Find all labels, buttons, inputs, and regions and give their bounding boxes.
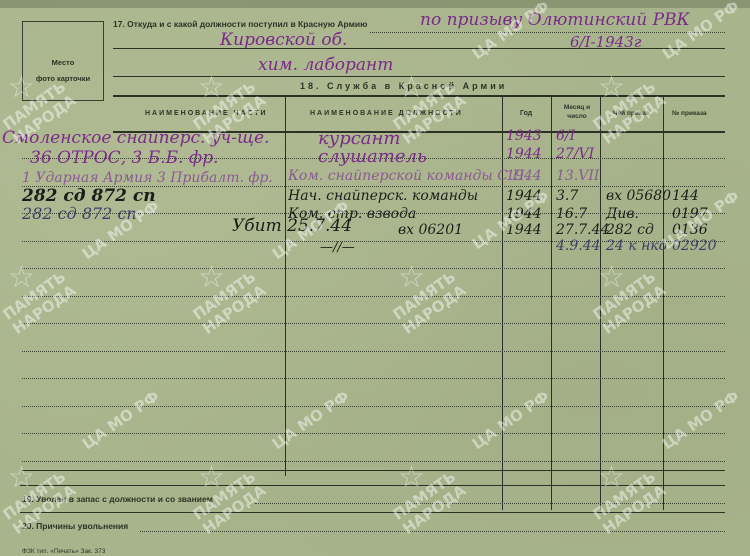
section-19-label: 19. Уволен в запас с должности и со зван… (22, 494, 213, 504)
col-header-month-day: Месяц и число (557, 103, 597, 121)
col-divider-1 (285, 96, 286, 476)
row-year: 1944 (506, 188, 542, 204)
s19-top-rule (20, 485, 725, 486)
watermark-tsamo: ЦА МО РФ (660, 389, 742, 453)
row-date: 4.9.44 (556, 238, 601, 254)
watermark-pamyat-naroda: ПАМЯТЬНАРОДА (190, 268, 269, 338)
ditto-mark: —//— (320, 240, 355, 255)
row-year: 1943 (506, 128, 542, 144)
row-position: Нач. снайперск. команды (288, 188, 478, 204)
watermark-star-icon: ☆ (198, 460, 225, 495)
row-order-by: Див. (606, 206, 639, 222)
s17-handwritten-region: Кировской об. (220, 30, 347, 50)
table-row-line (22, 461, 725, 462)
watermark-star-icon: ☆ (198, 260, 225, 295)
col-header-position: НАИМЕНОВАНИЕ ДОЛЖНОСТИ (310, 110, 463, 117)
section-18-title: 18. Служба в Красной Армии (300, 81, 507, 91)
unit-entry-1: Смоленское снайперс. уч-ще. (2, 128, 269, 148)
row-position: слушатель (318, 146, 427, 167)
photo-box-label-1: Место (23, 58, 103, 67)
table-bottom-rule (22, 470, 725, 471)
row-order-by: вх 05680 (606, 188, 671, 204)
s20-fill-line (140, 531, 725, 532)
row-order-no: 144 (672, 188, 699, 204)
row-order-no: 0197 (672, 206, 708, 222)
table-row-line (22, 378, 725, 379)
top-edge (0, 0, 750, 8)
watermark-pamyat-naroda: ПАМЯТЬНАРОДА (590, 268, 669, 338)
watermark-star-icon: ☆ (8, 260, 35, 295)
table-row-line (22, 433, 725, 434)
row-date: 6/I (556, 128, 575, 144)
record-card: Место фото карточки 17. Откуда и с какой… (0, 0, 750, 556)
row-position: Ком. стр. взвода (288, 206, 416, 222)
col-header-order-by: Чей приказ (613, 110, 649, 117)
row-order-by: 24 к нко (606, 238, 667, 254)
watermark-star-icon: ☆ (398, 460, 425, 495)
row-order-by: 282 сд (606, 222, 654, 238)
row-year: 1944 (506, 168, 542, 184)
col-header-unit: НАИМЕНОВАНИЕ ЧАСТИ (145, 110, 268, 117)
section-20-label: 20. Причины увольнения (22, 521, 128, 531)
row-order-no: 02920 (672, 238, 717, 254)
unit-entry-4: 282 сд 872 сп (22, 186, 156, 206)
watermark-star-icon: ☆ (598, 460, 625, 495)
row-date: 13.VII (556, 168, 599, 184)
row-year: 1944 (506, 222, 542, 238)
photo-box-label-2: фото карточки (23, 74, 103, 83)
s17-line-3 (113, 76, 725, 77)
s17-handwritten-date: 6/I-1943г (570, 33, 641, 51)
s20-top-rule (20, 512, 725, 513)
s17-handwritten-source: по призыву Олютинский РВК (420, 10, 690, 30)
unit-entry-3: 1 Ударная Армия 3 Прибалт. фр. (22, 170, 273, 186)
col-header-year: Год (520, 110, 532, 117)
s18-top-rule (113, 95, 725, 97)
table-row-line (22, 268, 725, 269)
watermark-star-icon: ☆ (398, 260, 425, 295)
row-date: 27.7.44 (556, 222, 609, 238)
watermark-star-icon: ☆ (8, 460, 35, 495)
watermark-star-icon: ☆ (598, 260, 625, 295)
watermark-pamyat-naroda: ПАМЯТЬНАРОДА (0, 268, 79, 338)
row-position: вх 06201 (398, 222, 463, 238)
col-header-order-no: № приказа (672, 110, 707, 117)
watermark-pamyat-naroda: ПАМЯТЬНАРОДА (390, 268, 469, 338)
section-17-label: 17. Откуда и с какой должности поступил … (113, 19, 367, 29)
unit-entry-5: 282 сд 872 сп (22, 204, 137, 223)
watermark-tsamo: ЦА МО РФ (80, 389, 162, 453)
s17-handwritten-profession: хим. лаборант (258, 55, 393, 75)
row-date: 3.7 (556, 188, 578, 204)
s19-fill-line (255, 503, 725, 504)
row-position: Ком. снайперской команды С.П. (288, 168, 529, 184)
row-year: 1944 (506, 146, 542, 162)
photo-placeholder-box: Место фото карточки (22, 21, 104, 101)
footer-imprint: ФЗК тип. «Печать» Зак. 373 (22, 548, 105, 555)
table-row-line (22, 296, 725, 297)
row-date: 16.7 (556, 206, 587, 222)
table-row-line (22, 406, 725, 407)
row-year: 1944 (506, 206, 542, 222)
watermark-tsamo: ЦА МО РФ (270, 389, 352, 453)
table-row-line (22, 351, 725, 352)
row-date: 27/VI (556, 146, 594, 162)
table-row-line (22, 323, 725, 324)
row-order-no: 0136 (672, 222, 708, 238)
unit-entry-2: 36 ОТРОС, 3 Б.Б. фр. (30, 148, 219, 168)
watermark-tsamo: ЦА МО РФ (470, 389, 552, 453)
s17-line-1 (370, 32, 725, 33)
